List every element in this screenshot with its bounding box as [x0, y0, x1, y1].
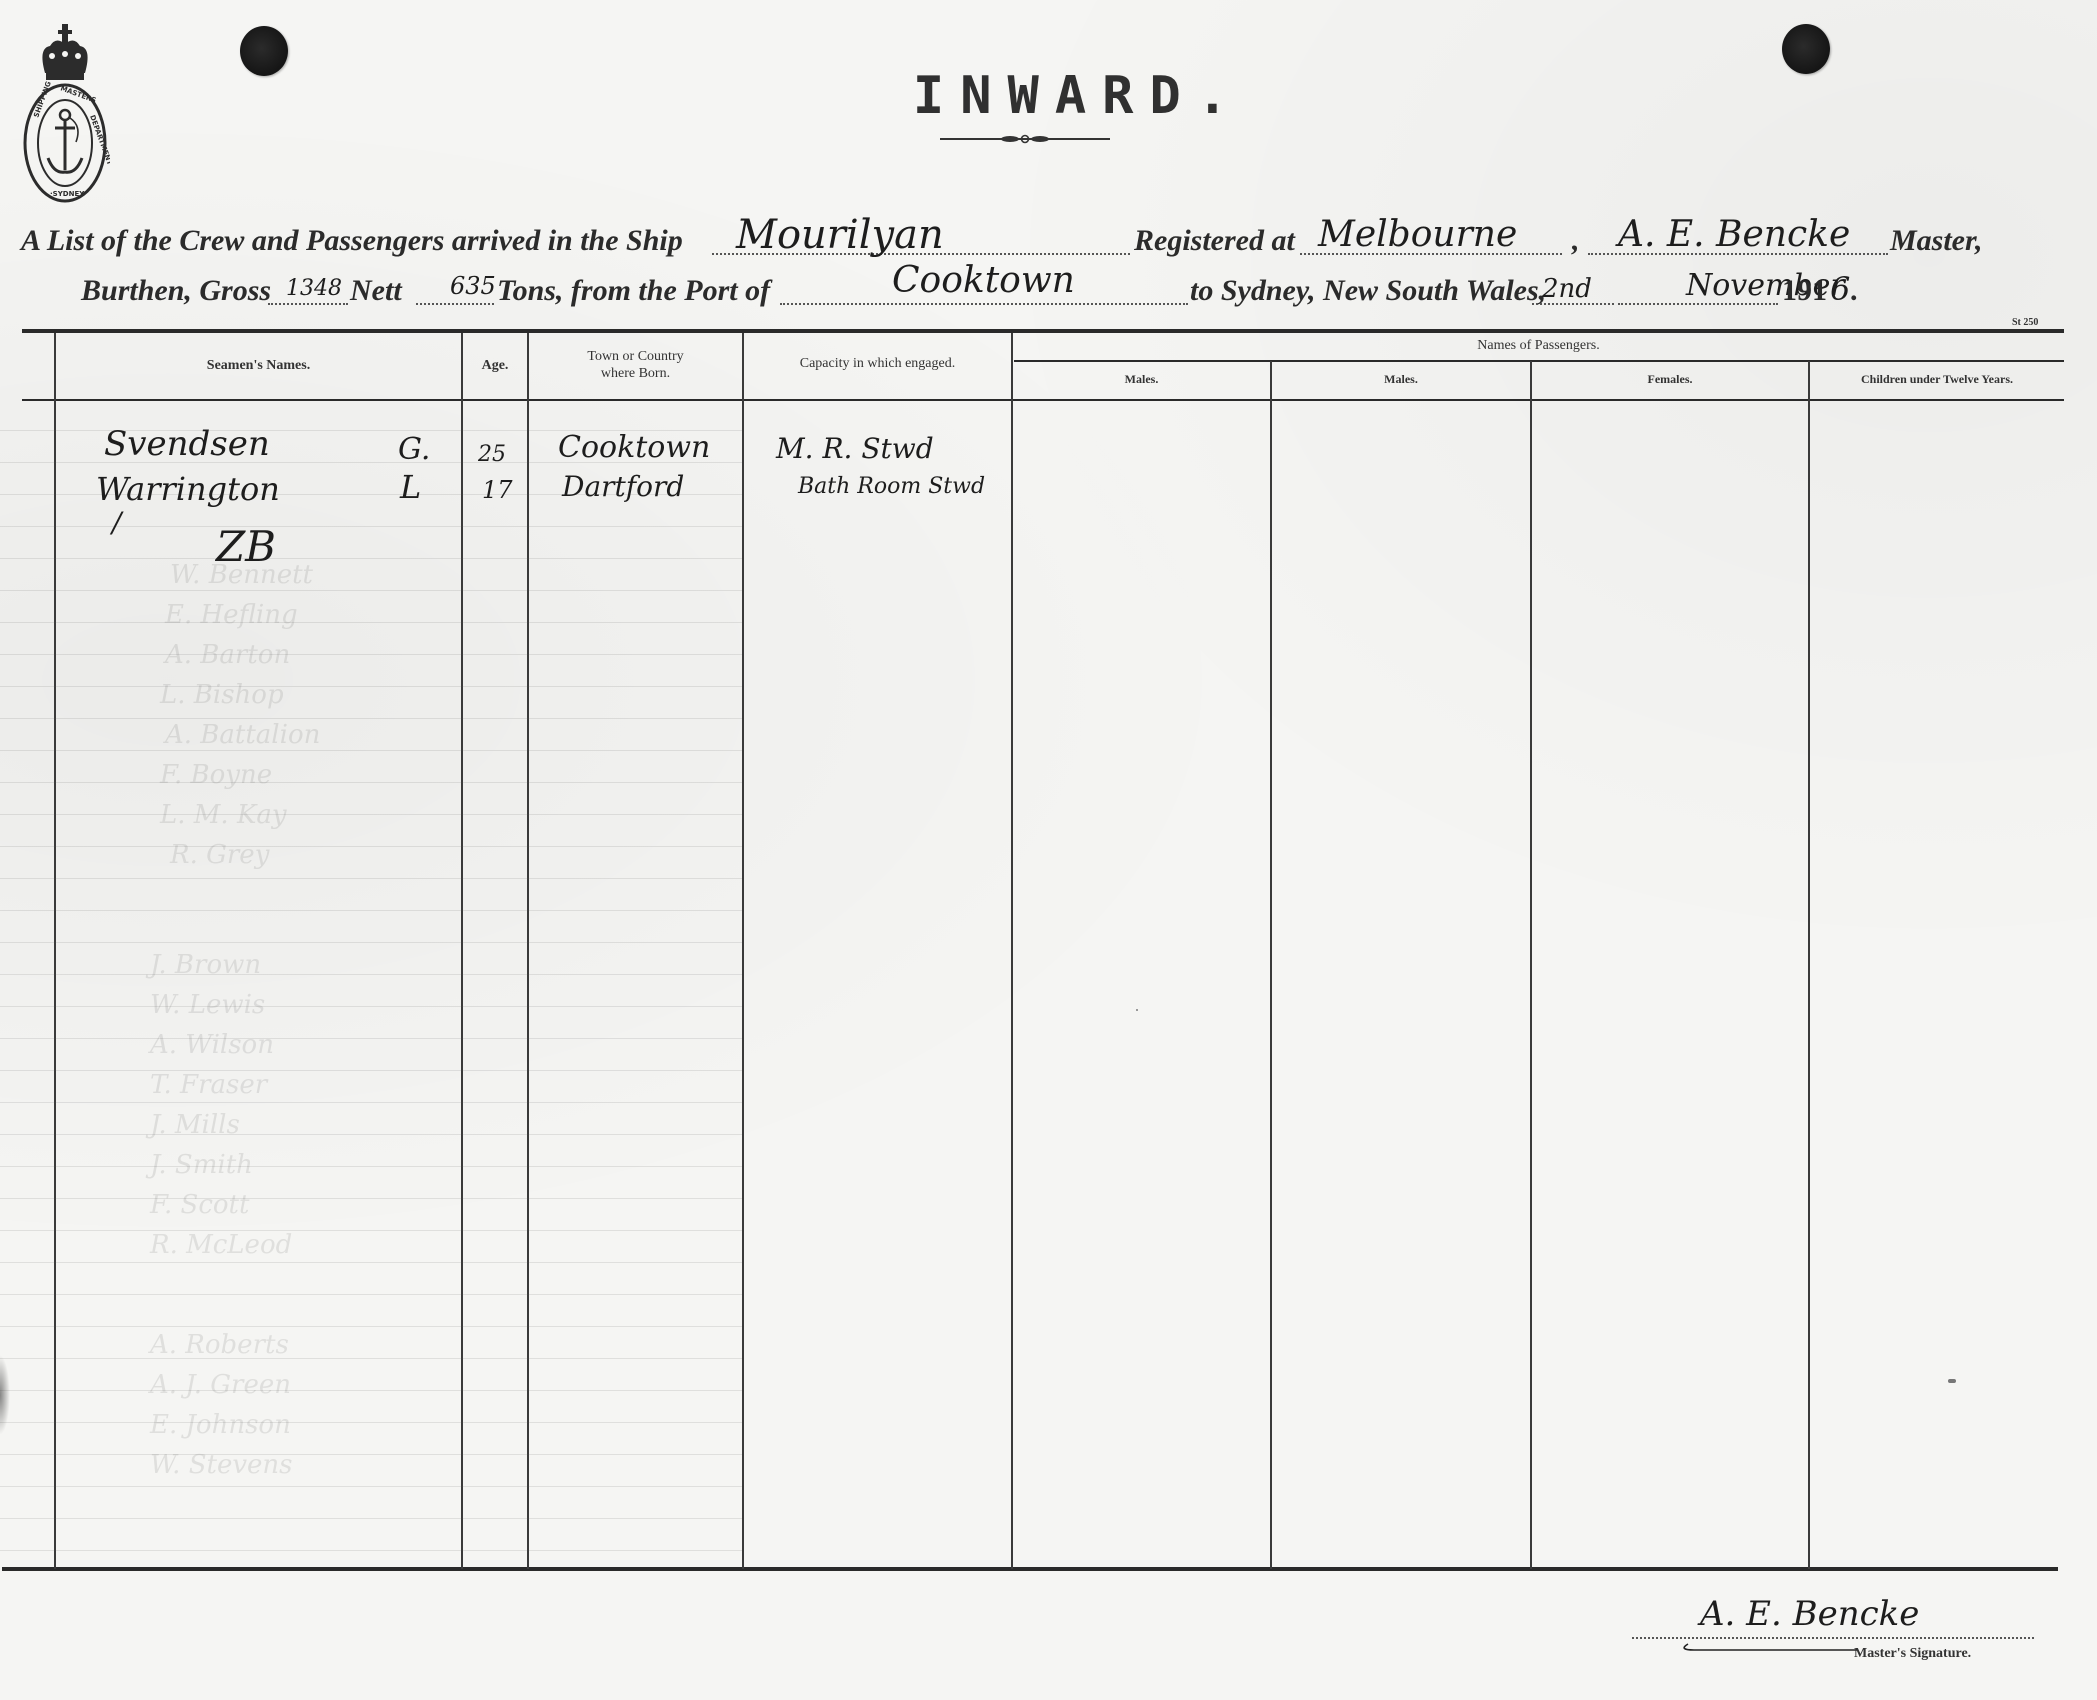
table-header-bottom-rule: [22, 399, 2064, 401]
bleed-through-text: L. M. Kay: [160, 800, 287, 830]
document-page: SHIPPING MASTERS DEPARTMENT ·SYDNEY· INW…: [0, 0, 2097, 1700]
col-header-town-born-line1: Town or Country: [529, 348, 742, 365]
ruled-hairline: [0, 718, 742, 719]
col-header-seamen-names: Seamen's Names.: [56, 357, 461, 374]
col-line-left: [54, 333, 56, 1569]
page-title: INWARD.: [0, 66, 2097, 126]
date-period: .: [1850, 274, 1858, 308]
col-line-age-town: [527, 333, 529, 1569]
bleed-through-text: R. Grey: [170, 840, 269, 870]
seaman-name-cell[interactable]: Warrington: [96, 470, 280, 508]
passengers-subheader-rule: [1014, 360, 2064, 362]
col-header-children: Children under Twelve Years.: [1810, 371, 2064, 388]
bleed-through-text: A. Roberts: [150, 1330, 289, 1360]
seaman-name-cell[interactable]: Svendsen: [104, 424, 270, 464]
ruled-hairline: [0, 1006, 742, 1007]
ruled-hairline: [0, 1486, 742, 1487]
bleed-through-text: J. Brown: [150, 950, 261, 980]
seaman-mark-cell: L: [400, 468, 421, 506]
ruled-hairline: [0, 1518, 742, 1519]
col-header-town-born-line2: where Born.: [529, 365, 742, 382]
bleed-through-text: A. J. Green: [150, 1370, 291, 1400]
ruled-hairline: [0, 654, 742, 655]
ruled-hairline: [0, 686, 742, 687]
initials-annotation: ZB: [216, 522, 276, 571]
tick-mark: /: [112, 506, 121, 539]
bleed-through-text: A. Barton: [165, 640, 290, 670]
col-header-males-1: Males.: [1013, 371, 1270, 388]
ruled-hairline: [0, 942, 742, 943]
ruled-hairline: [0, 1422, 742, 1423]
gross-tons-field-line: [268, 303, 348, 305]
ruled-hairline: [0, 846, 742, 847]
form-number: St 250: [2012, 317, 2038, 328]
col-line-names-age: [461, 333, 463, 1569]
registered-at-label: Registered at: [1134, 224, 1295, 258]
signature-label: Master's Signature.: [1854, 1646, 1971, 1662]
col-line-capacity-males: [1011, 333, 1013, 1569]
col-line-males-females: [1530, 361, 1532, 1569]
ruled-hairline: [0, 910, 742, 911]
bleed-through-text: F. Boyne: [160, 760, 272, 790]
bleed-through-text: L. Bishop: [160, 680, 284, 710]
signature-flourish-icon: [1680, 1640, 1860, 1654]
col-line-males-males: [1270, 361, 1272, 1569]
master-label: Master,: [1890, 224, 1983, 258]
ruled-hairline: [0, 1358, 742, 1359]
ruled-hairline: [0, 782, 742, 783]
registered-port-field[interactable]: Melbourne: [1318, 214, 1517, 255]
ruled-hairline: [0, 750, 742, 751]
gross-tons-field[interactable]: 1348: [286, 276, 342, 301]
seaman-mark-cell: G.: [398, 432, 430, 467]
to-sydney-label: to Sydney, New South Wales,: [1190, 274, 1546, 308]
ruled-hairline: [0, 622, 742, 623]
burthen-gross-label: Burthen, Gross: [81, 274, 271, 308]
col-header-passengers-group: Names of Passengers.: [1013, 337, 2064, 354]
day-field[interactable]: 2nd: [1542, 274, 1592, 304]
ruled-hairline: [0, 590, 742, 591]
born-cell[interactable]: Cooktown: [558, 430, 710, 465]
bleed-through-text: W. Stevens: [150, 1450, 293, 1480]
bleed-through-text: A. Wilson: [150, 1030, 274, 1060]
ruled-hairline: [0, 1166, 742, 1167]
paper-speck: [1948, 1379, 1956, 1383]
col-line-town-capacity: [742, 333, 744, 1569]
ruled-hairline: [0, 1550, 742, 1551]
signature-line: [1632, 1637, 2034, 1639]
bleed-through-text: T. Fraser: [150, 1070, 267, 1100]
month-field-line: [1618, 303, 1778, 305]
bleed-through-text: E. Hefling: [165, 600, 298, 630]
ruled-hairline: [0, 1294, 742, 1295]
ruled-hairline: [0, 1102, 742, 1103]
col-header-females: Females.: [1532, 371, 1808, 388]
comma-separator: ,: [1572, 224, 1580, 258]
svg-text:·SYDNEY·: ·SYDNEY·: [50, 190, 87, 198]
nett-tons-field-line: [416, 303, 494, 305]
capacity-cell[interactable]: M. R. Stwd: [776, 432, 934, 465]
ruled-hairline: [0, 1454, 742, 1455]
bleed-through-text: F. Scott: [150, 1190, 249, 1220]
year-printed: 191: [1782, 274, 1827, 308]
ruled-hairline: [0, 814, 742, 815]
table-bottom-rule: [2, 1567, 2058, 1571]
capacity-cell[interactable]: Bath Room Stwd: [798, 474, 985, 499]
ruled-hairline: [0, 1070, 742, 1071]
table-top-rule: [22, 329, 2064, 333]
ruled-hairline: [0, 1038, 742, 1039]
nett-label: Nett: [350, 274, 402, 308]
col-header-capacity: Capacity in which engaged.: [744, 355, 1011, 372]
bleed-through-text: J. Smith: [150, 1150, 253, 1180]
ruled-hairline: [0, 1326, 742, 1327]
col-header-town-born: Town or Country where Born.: [529, 348, 742, 382]
born-cell[interactable]: Dartford: [562, 470, 684, 503]
paper-speck: [1136, 1009, 1138, 1011]
left-edge-shadow: [0, 1355, 10, 1435]
bleed-through-text: E. Johnson: [150, 1410, 291, 1440]
bleed-through-text: R. McLeod: [150, 1230, 292, 1260]
header-line1-prefix: A List of the Crew and Passengers arrive…: [21, 224, 683, 258]
bleed-through-text: A. Battalion: [165, 720, 320, 750]
from-port-field[interactable]: Cooktown: [892, 260, 1075, 301]
col-header-age: Age.: [463, 357, 527, 374]
ruled-hairline: [0, 1390, 742, 1391]
master-name-field[interactable]: A. E. Bencke: [1618, 214, 1850, 255]
ruled-hairline: [0, 1198, 742, 1199]
age-cell[interactable]: 25: [478, 442, 506, 467]
ruled-hairline: [0, 974, 742, 975]
col-line-females-children: [1808, 361, 1810, 1569]
age-cell[interactable]: 17: [482, 476, 513, 504]
ruled-hairline: [0, 1230, 742, 1231]
ruled-hairline: [0, 1262, 742, 1263]
bleed-through-text: J. Mills: [150, 1110, 240, 1140]
bleed-through-text: W. Lewis: [150, 990, 265, 1020]
ship-name-field[interactable]: Mourilyan: [736, 212, 944, 258]
ruled-hairline: [0, 1134, 742, 1135]
master-signature[interactable]: A. E. Bencke: [1700, 1594, 1919, 1634]
year-written-digit[interactable]: 6: [1830, 270, 1850, 308]
tons-from-port-label: Tons, from the Port of: [497, 274, 770, 308]
nett-tons-field[interactable]: 635: [450, 272, 496, 300]
ruled-hairline: [0, 878, 742, 879]
from-port-field-line: [780, 303, 1188, 305]
title-ornament-rule: [940, 132, 1110, 146]
ruled-hairline: [0, 558, 742, 559]
col-header-males-2: Males.: [1272, 371, 1530, 388]
